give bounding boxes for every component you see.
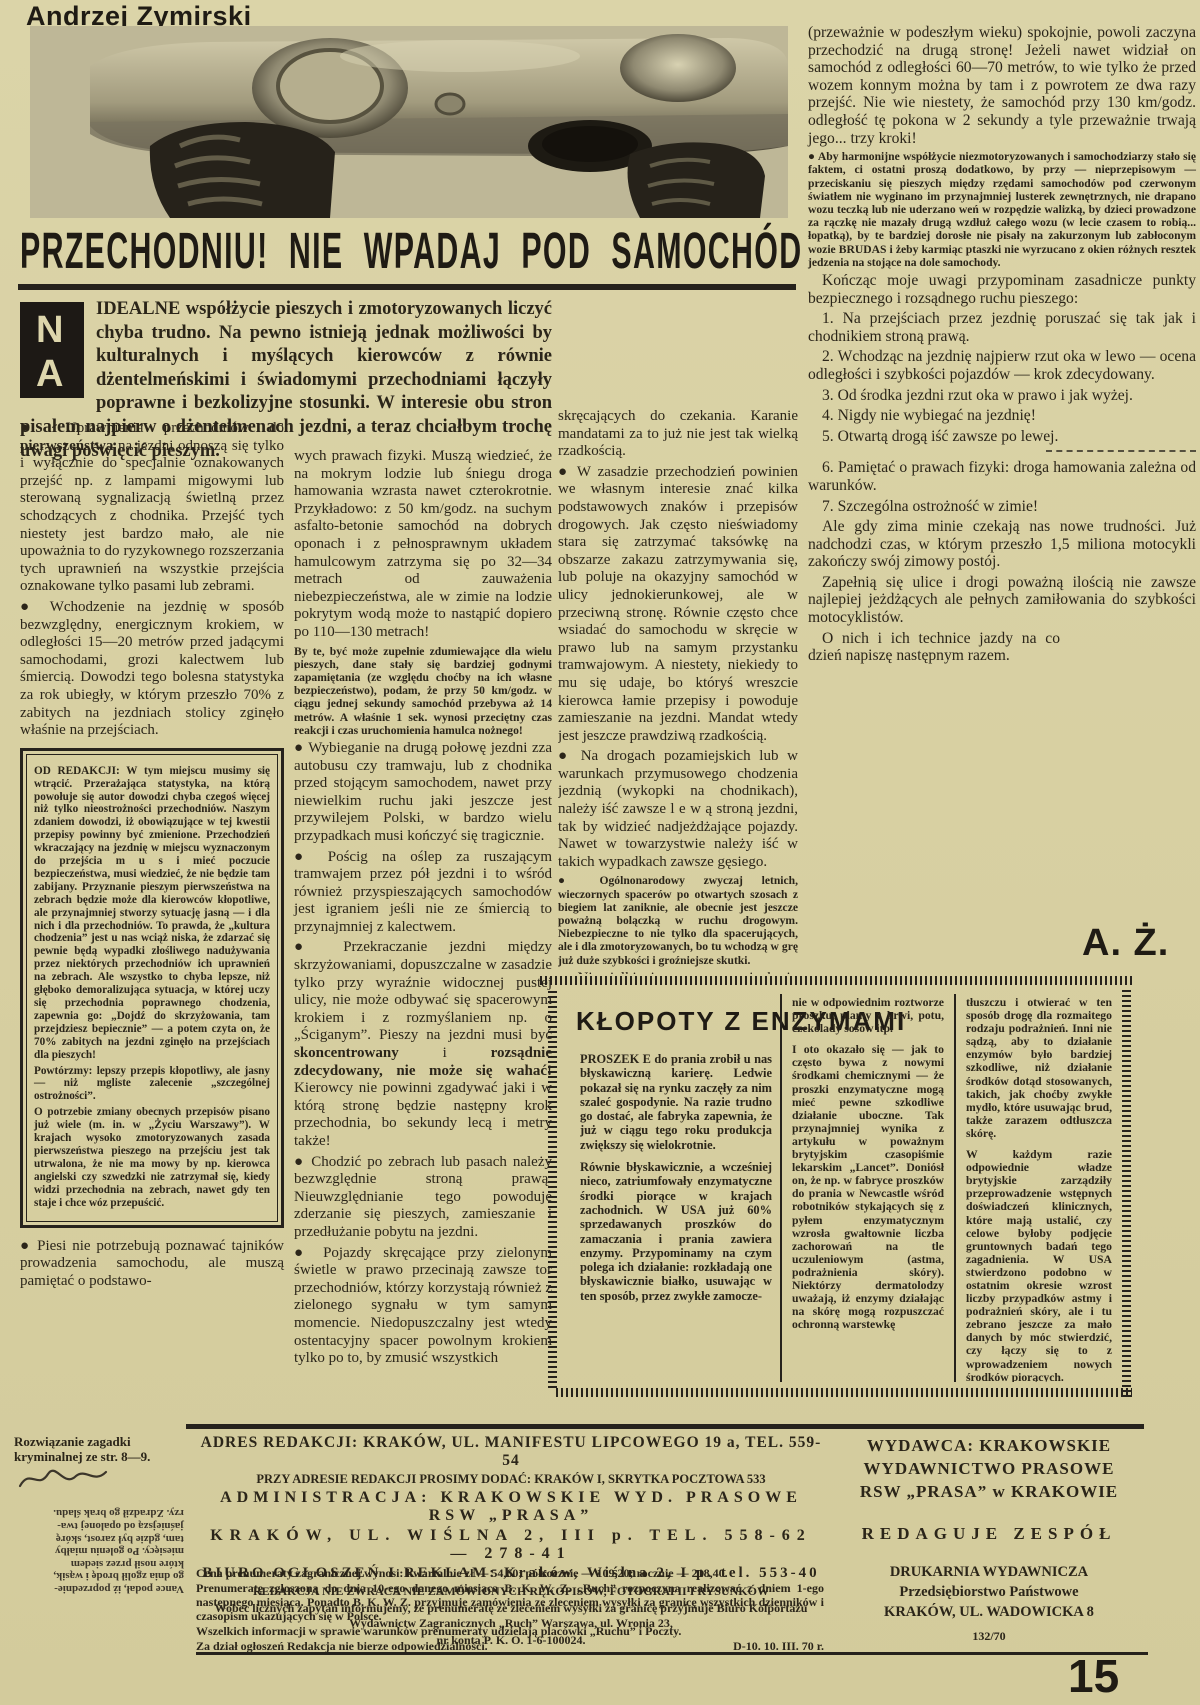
publisher-block: WYDAWCA: KRAKOWSKIEWYDAWNICTWO PRASOWERS… <box>828 1436 1150 1647</box>
subscription-lines: Cena prenumeraty zagranicznej wynosi: kw… <box>196 1566 824 1638</box>
paragraph: miesięcy. Po goleniu miałby <box>14 1545 184 1558</box>
puzzle-solution-rotated-text: Vance podał, iż poprzednie-go dnia zgoli… <box>14 1507 184 1595</box>
legal-left: Za dział ogłoszeń Redakcja nie bierze od… <box>196 1639 488 1653</box>
paragraph: WYDAWCA: KRAKOWSKIE <box>828 1436 1150 1456</box>
enzymes-border-left <box>548 988 557 1388</box>
paragraph: ● Chodzić po zebrach lub pasach należy b… <box>294 1154 552 1242</box>
column-2: wych prawach fizyki. Muszą wiedzieć, że … <box>294 448 552 1398</box>
paragraph: tłuszczu i otwierać w ten sposób drogę d… <box>966 996 1112 1140</box>
paragraph: PROSZEK E do prania zrobił u nas błyskaw… <box>580 1052 772 1152</box>
handwritten-scribble-icon <box>14 1464 110 1494</box>
paragraph: ● Pościg na oślep za ruszającym tramwaje… <box>294 849 552 937</box>
dashed-divider <box>1046 450 1196 452</box>
paragraph: 6. Pamiętać o prawach fizyki: droga hamo… <box>808 459 1196 494</box>
paragraph: Przedsiębiorstwo Państwowe <box>828 1584 1150 1601</box>
enzymes-column-rule-1 <box>780 994 782 1382</box>
paragraph: 5. Otwartą drogą iść zawsze po lewej. <box>808 428 1196 446</box>
paragraph: ● Niewielkie jeszcze nasycenie kraju sam… <box>558 970 798 974</box>
paragraph: Wszelkich informacji w sprawie warunków … <box>196 1624 824 1638</box>
paragraph: Cena prenumeraty zagranicznej wynosi: kw… <box>196 1566 824 1580</box>
paragraph: ● Ogólnonarodowy zwyczaj letnich, wieczo… <box>558 874 798 966</box>
footer-rule-bottom <box>196 1652 1148 1655</box>
column-1: ● Uprawnienia przechodniów do pierwszeńs… <box>20 420 284 1402</box>
drop-cap: NA <box>20 302 84 398</box>
footer-rule-top <box>186 1424 1144 1429</box>
paragraph: Vance podał, iż poprzednie- <box>14 1583 184 1596</box>
paragraph: KRAKÓW, UL. WADOWICKA 8 <box>828 1604 1150 1621</box>
paragraph: Kończąc moje uwagi przypominam zasadnicz… <box>808 272 1196 307</box>
car-underside-photo <box>30 26 788 218</box>
enzymes-column-b: nie w odpowiednim roztworze proszku, pla… <box>792 996 944 1382</box>
paragraph: ● Wybieganie na drugą połowę jezdni zza … <box>294 740 552 846</box>
paragraph: OD REDAKCJI: W tym miejscu musimy się wt… <box>34 765 270 1062</box>
paragraph: ADMINISTRACJA: KRAKOWSKIE WYD. PRASOWE R… <box>200 1489 822 1525</box>
paragraph: wych prawach fizyki. Muszą wiedzieć, że … <box>294 448 552 642</box>
paragraph: 1. Na przejściach przez jezdnię poruszać… <box>808 310 1196 345</box>
paragraph: RSW „PRASA” w KRAKOWIE <box>828 1482 1150 1502</box>
article-headline-text: PRZECHODNIU! NIE WPADAJ POD SAMOCHÓD <box>20 221 802 280</box>
paragraph: skręcających do czekania. Karanie mandat… <box>558 408 798 461</box>
paragraph: ● Na drogach pozamiejskich lub w warunka… <box>558 748 798 871</box>
paragraph: O nich i ich technice jazdy na co dzień … <box>808 630 1060 665</box>
paragraph: ● Przekraczanie jezdni między skrzyżowan… <box>294 939 552 1150</box>
paragraph: By te, być może zupełnie zdumiewające dl… <box>294 645 552 737</box>
author-initials: A. Ż. <box>1082 924 1169 962</box>
paragraph: Powtórzmy: lepszy przepis kłopotliwy, al… <box>34 1065 270 1104</box>
column-right: (przeważnie w podeszłym wieku) spokojnie… <box>808 24 1196 974</box>
paragraph: W każdym razie odpowiednie władze brytyj… <box>966 1148 1112 1382</box>
enzymes-column-a: PROSZEK E do prania zrobił u nas błyskaw… <box>580 1052 772 1382</box>
enzymes-border-top <box>540 976 1132 985</box>
enzymes-section: KŁOPOTY Z ENZYMAMI PROSZEK E do prania z… <box>566 990 1118 1386</box>
paragraph: REDAGUJE ZESPÓŁ <box>828 1524 1150 1544</box>
headline-rule <box>18 284 796 290</box>
paragraph: 4. Nigdy nie wybiegać na jezdnię! <box>808 407 1196 425</box>
paragraph: I oto okazało się — jak to często bywa z… <box>792 1043 944 1331</box>
paragraph: jaśniejszą od opalonej twa- <box>14 1520 184 1533</box>
legal-line: Za dział ogłoszeń Redakcja nie bierze od… <box>196 1639 824 1653</box>
paragraph: 3. Od środka jezdni rzut oka w prawo i j… <box>808 387 1196 405</box>
paragraph: ● Pojazdy skręcające przy zielonym świet… <box>294 1245 552 1368</box>
paragraph: PRZY ADRESIE REDAKCJI PROSIMY DODAĆ: KRA… <box>200 1472 822 1487</box>
paragraph: WYDAWNICTWO PRASOWE <box>828 1459 1150 1479</box>
paragraph: (przeważnie w podeszłym wieku) spokojnie… <box>808 24 1196 147</box>
car-underside-illustration <box>30 26 788 218</box>
paragraph: 2. Wchodząc na jezdnię najpierw rzut oka… <box>808 348 1196 383</box>
column-3: skręcających do czekania. Karanie mandat… <box>558 408 798 974</box>
paragraph: go dnia zgolił brodę i wąsik, <box>14 1570 184 1583</box>
paragraph: ● W zasadzie przechodzień powinien we wł… <box>558 464 798 746</box>
enzymes-border-right <box>1122 988 1131 1397</box>
column-1-bottom: ● Piesi nie potrzebują poznawać tajników… <box>20 1238 284 1291</box>
paragraph: Zapełnią się ulice i drogi poważną ilośc… <box>808 574 1196 627</box>
enzymes-column-rule-2 <box>954 994 956 1382</box>
paragraph: Ale gdy zima minie czekają nas nowe trud… <box>808 518 1196 571</box>
puzzle-solution-block: Rozwiązanie zagadki kryminalnej ze str. … <box>14 1434 184 1595</box>
paragraph: DRUKARNIA WYDAWNICZA <box>828 1564 1150 1581</box>
paragraph: ● Uprawnienia przechodniów do pierwszeńs… <box>20 420 284 596</box>
article-headline: PRZECHODNIU! NIE WPADAJ POD SAMOCHÓD <box>20 224 800 280</box>
paragraph: rzy. Zdradził go brak śladu. <box>14 1507 184 1520</box>
paragraph: ● Piesi nie potrzebują poznawać tajników… <box>20 1238 284 1291</box>
paragraph: ● Wchodzenie na jezdnię w sposób bezwzgl… <box>20 599 284 740</box>
paragraph: 7. Szczególna ostrożność w zimie! <box>808 498 1196 516</box>
paragraph: ADRES REDAKCJI: KRAKÓW, UL. MANIFESTU LI… <box>200 1434 822 1470</box>
paragraph: ● Aby harmonijne współżycie niezmotoryzo… <box>808 150 1196 269</box>
paragraph: Równie błyskawicznie, a wcześniej nieco,… <box>580 1160 772 1303</box>
editor-note-box: OD REDAKCJI: W tym miejscu musimy się wt… <box>20 748 284 1228</box>
subscription-block: Cena prenumeraty zagranicznej wynosi: kw… <box>196 1566 824 1653</box>
page-number: 15 <box>1068 1652 1119 1700</box>
enzymes-border-bottom <box>556 1388 1132 1397</box>
legal-right: D-10. 10. III. 70 r. <box>733 1639 824 1653</box>
puzzle-solution-heading: Rozwiązanie zagadki kryminalnej ze str. … <box>14 1434 184 1464</box>
column-1-top: ● Uprawnienia przechodniów do pierwszeńs… <box>20 420 284 740</box>
enzymes-column-c: tłuszczu i otwierać w ten sposób drogę d… <box>966 996 1112 1382</box>
paragraph: nie w odpowiednim roztworze proszku, pla… <box>792 996 944 1035</box>
paragraph: które nosił przez siedem <box>14 1557 184 1570</box>
paragraph: tam, gdzie był zarost, skórę <box>14 1532 184 1545</box>
paragraph: KRAKÓW, UL. WIŚLNA 2, III p. TEL. 558-62… <box>200 1527 822 1563</box>
paragraph: 132/70 <box>828 1629 1150 1644</box>
paragraph: O potrzebie zmiany obecnych przepisów pi… <box>34 1106 270 1209</box>
paragraph: Prenumeratę zgłoszoną do dnia 10-ego dan… <box>196 1581 824 1623</box>
magazine-page: Andrzej Zymirski <box>0 0 1200 1705</box>
